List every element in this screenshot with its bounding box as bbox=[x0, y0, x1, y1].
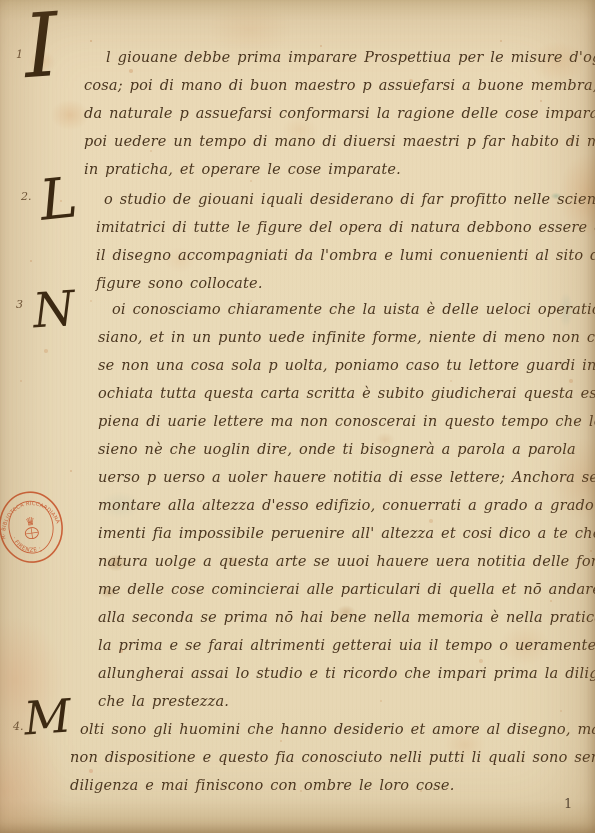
text-line: sieno nè che uoglin dire, onde ti bisogn… bbox=[98, 436, 595, 464]
manuscript-page: 1 2. 3 4. I L N M l giouane debbe prima … bbox=[0, 0, 595, 833]
text-line: diligenza e mai finiscono con ombre le l… bbox=[70, 772, 595, 800]
crown-icon: ♛ bbox=[24, 515, 36, 529]
margin-number-4: 4. bbox=[13, 720, 24, 733]
text-line: olti sono gli huomini che hanno desideri… bbox=[70, 716, 595, 744]
text-line: montare alla altezza d'esso edifizio, co… bbox=[98, 492, 595, 520]
text-line: alla seconda se prima nō hai bene nella … bbox=[98, 604, 595, 632]
drop-cap-I: I bbox=[21, 1, 62, 91]
text-line: allungherai assai lo studio e ti ricordo… bbox=[98, 660, 595, 688]
text-line: siano, et in un punto uede infinite form… bbox=[98, 324, 595, 352]
drop-cap-M: M bbox=[22, 692, 72, 741]
text-line: me delle cose comincierai alle particula… bbox=[98, 576, 595, 604]
text-line: il disegno accompagniati da l'ombra e lu… bbox=[96, 242, 595, 270]
text-line: non dispositione e questo fia conosciuto… bbox=[70, 744, 595, 772]
paragraph-1: l giouane debbe prima imparare Prospetti… bbox=[84, 44, 595, 184]
text-line: piena di uarie lettere ma non conoscerai… bbox=[98, 408, 595, 436]
text-line: l giouane debbe prima imparare Prospetti… bbox=[84, 44, 595, 72]
drop-cap-N: N bbox=[31, 285, 76, 336]
text-line: in praticha, et operare le cose imparate… bbox=[84, 156, 595, 184]
paragraph-4: olti sono gli huomini che hanno desideri… bbox=[70, 716, 595, 800]
text-line: ochiata tutta questa carta scritta è sub… bbox=[98, 380, 595, 408]
text-line: imenti fia impossibile peruenire all' al… bbox=[98, 520, 595, 548]
text-line: poi uedere un tempo di mano di diuersi m… bbox=[84, 128, 595, 156]
text-line: se non una cosa sola p uolta, poniamo ca… bbox=[98, 352, 595, 380]
text-line: uerso p uerso a uoler hauere notitia di … bbox=[98, 464, 595, 492]
text-line: da naturale p assuefarsi conformarsi la … bbox=[84, 100, 595, 128]
text-line: la prima e se farai altrimenti getterai … bbox=[98, 632, 595, 660]
text-line: che la prestezza. bbox=[98, 688, 595, 716]
margin-number-2: 2. bbox=[21, 190, 32, 203]
text-line: figure sono collocate. bbox=[96, 270, 595, 298]
page-number: 1 bbox=[564, 797, 572, 812]
text-line: imitatrici di tutte le figure del opera … bbox=[96, 214, 595, 242]
margin-number-1: 1 bbox=[16, 48, 23, 61]
text-line: o studio de giouani iquali desiderano di… bbox=[96, 186, 595, 214]
drop-cap-L: L bbox=[37, 170, 80, 230]
text-line: cosa; poi di mano di buon maestro p assu… bbox=[84, 72, 595, 100]
foxing-speckles bbox=[0, 0, 2, 2]
text-line: natura uolge a questa arte se uuoi hauer… bbox=[98, 548, 595, 576]
text-line: oi conosciamo chiaramente che la uista è… bbox=[98, 296, 595, 324]
margin-number-3: 3 bbox=[16, 298, 23, 311]
paragraph-3: oi conosciamo chiaramente che la uista è… bbox=[98, 296, 595, 716]
library-stamp: R· BIBLIOTECA RICCARDIANA · FIRENZE · ♛ bbox=[0, 485, 71, 570]
paragraph-2: o studio de giouani iquali desiderano di… bbox=[96, 186, 595, 298]
